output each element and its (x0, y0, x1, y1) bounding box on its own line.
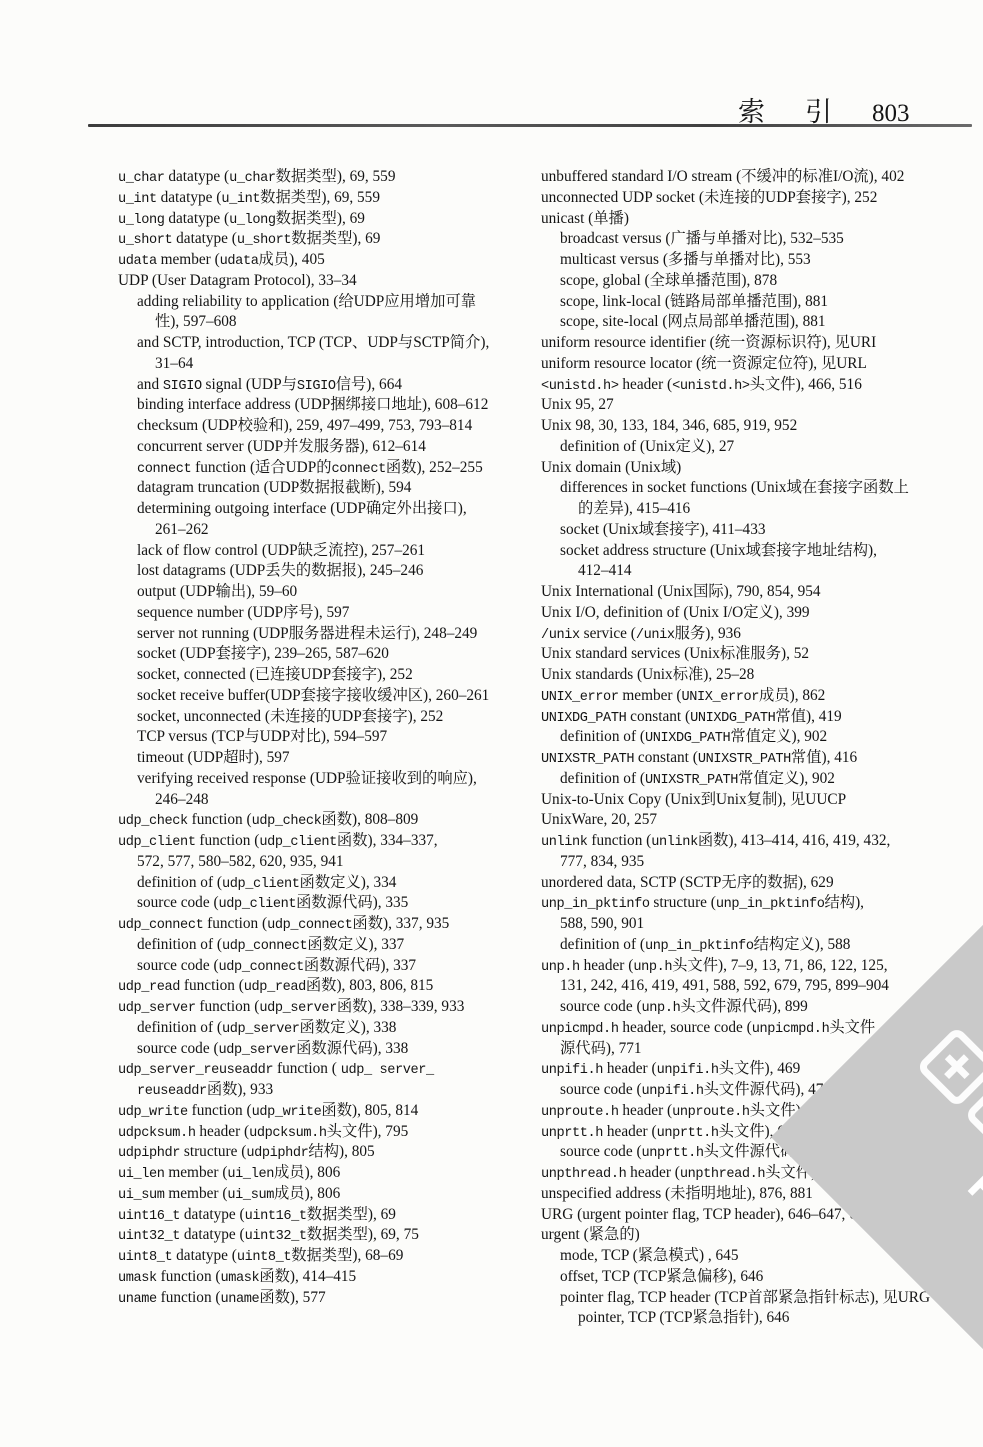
entry-code-text: uint8_t (237, 1250, 291, 1265)
index-entry-line: datagram truncation (UDP数据报截断), 594 (118, 478, 509, 499)
entry-text: definition of ( (137, 874, 222, 891)
entry-code-text: SIGIO (297, 379, 336, 394)
entry-code-text: unpifi.h (642, 1084, 704, 1099)
entry-text: 函数), 933 (207, 1081, 273, 1098)
entry-code-text: UNIXDG_PATH (690, 711, 775, 726)
entry-text: header ( (619, 376, 673, 393)
entry-code-text: udp_check (118, 814, 188, 829)
entry-text: 成员), 806 (274, 1164, 340, 1181)
entry-text: 函数定义), 334 (300, 874, 397, 891)
index-entry-line: definition of (udp_client函数定义), 334 (118, 873, 509, 894)
entry-text: output (UDP输出), 59–60 (137, 583, 297, 600)
entry-text: definition of ( (560, 936, 645, 953)
index-entry-line: unp_in_pktinfo structure (unp_in_pktinfo… (541, 893, 932, 914)
entry-code-text: udp_client (118, 835, 196, 850)
entry-text: 函数), 337, 935 (352, 915, 449, 932)
entry-text: server not running (UDP服务器进程未运行), 248–24… (137, 625, 477, 642)
entry-code-text: u_char (118, 171, 165, 186)
index-entry-line: uname function (uname函数), 577 (118, 1288, 509, 1309)
index-entry-line: concurrent server (UDP并发服务器), 612–614 (118, 437, 509, 458)
entry-text: 信号), 664 (336, 376, 402, 393)
entry-text: header ( (603, 1123, 657, 1140)
entry-code-text: uint16_t (245, 1209, 307, 1224)
entry-text: Unix-to-Unix Copy (Unix到Unix复制), 见UUCP (541, 791, 846, 808)
index-entry-line: source code (udp_client函数源代码), 335 (118, 893, 509, 914)
entry-code-text: /unix (636, 628, 675, 643)
entry-code-text: udp_server (219, 1043, 297, 1058)
entry-text: scope, link-local (链路局部单播范围), 881 (560, 293, 828, 310)
entry-code-text: udata (118, 254, 157, 269)
index-entry-line: TCP versus (TCP与UDP对比), 594–597 (118, 727, 509, 748)
entry-text: 函数定义), 338 (300, 1019, 397, 1036)
index-entry-line: source code (unp.h头文件源代码), 899 (541, 997, 932, 1018)
index-entry-line: 777, 834, 935 (541, 852, 932, 873)
entry-text: 数据类型), 69 (307, 1206, 396, 1223)
entry-text: 源代码), 771 (560, 1040, 642, 1057)
entry-text: urgent (紧急的) (541, 1226, 640, 1243)
entry-text: socket address structure (Unix域套接字地址结构), (560, 542, 877, 559)
index-entry-line: timeout (UDP超时), 597 (118, 748, 509, 769)
index-entry-line: udp_client function (udp_client函数), 334–… (118, 831, 509, 852)
entry-text: Unix 98, 30, 133, 184, 346, 685, 919, 95… (541, 417, 797, 434)
entry-text: and (137, 376, 163, 393)
entry-text: socket (UDP套接字), 239–265, 587–620 (137, 645, 389, 662)
index-entry-line: uniform resource identifier (统一资源标识符), 见… (541, 333, 932, 354)
index-entry-line: connect function (适合UDP的connect函数), 252–… (118, 458, 509, 479)
index-entry-line: and SCTP, introduction, TCP (TCP、UDP与SCT… (118, 333, 509, 354)
entry-text: structure ( (180, 1143, 246, 1160)
entry-text: unbuffered standard I/O stream (不缓冲的标准I/… (541, 168, 904, 185)
entry-text: function ( (157, 1289, 221, 1306)
entry-text: 函数定义), 337 (307, 936, 404, 953)
entry-text: scope, site-local (网点局部单播范围), 881 (560, 313, 826, 330)
index-entry-line: differences in socket functions (Unix域在套… (541, 478, 932, 499)
index-entry-line: uint8_t datatype (uint8_t数据类型), 68–69 (118, 1246, 509, 1267)
entry-text: Unix International (Unix国际), 790, 854, 9… (541, 583, 821, 600)
entry-text: 数据类型), 69, 559 (260, 189, 380, 206)
entry-text: 头文件), 795 (327, 1123, 409, 1140)
index-entry-line: sequence number (UDP序号), 597 (118, 603, 509, 624)
seal-glyphs-decoration (916, 1026, 983, 1204)
entry-code-text: UNIX_error (681, 690, 759, 705)
index-entry-line: uint16_t datatype (uint16_t数据类型), 69 (118, 1205, 509, 1226)
entry-code-text: udp_read (244, 980, 306, 995)
entry-text: source code ( (560, 1143, 642, 1160)
entry-code-text: ui_sum (118, 1188, 165, 1203)
entry-code-text: unprtt.h (657, 1126, 719, 1141)
entry-code-text: u_short (237, 233, 291, 248)
entry-code-text: SIGIO (163, 379, 202, 394)
entry-code-text: ui_sum (227, 1188, 274, 1203)
entry-text: uniform resource locator (统一资源定位符), 见URL (541, 355, 867, 372)
entry-text: header ( (196, 1123, 250, 1140)
entry-text: member ( (157, 251, 220, 268)
entry-text: datatype ( (172, 1247, 237, 1264)
entry-code-text: UNIXSTR_PATH (698, 752, 791, 767)
entry-text: datatype ( (180, 1206, 245, 1223)
index-entry-line: checksum (UDP校验和), 259, 497–499, 753, 79… (118, 416, 509, 437)
entry-code-text: udp_connect (219, 960, 304, 975)
entry-text: member ( (165, 1185, 228, 1202)
entry-text: TCP versus (TCP与UDP对比), 594–597 (137, 728, 387, 745)
entry-text: 的差异), 415–416 (578, 500, 690, 517)
entry-text: Unix I/O, definition of (Unix I/O定义), 39… (541, 604, 810, 621)
entry-text: 常值定义), 902 (738, 770, 835, 787)
entry-text: unordered data, SCTP (SCTP无序的数据), 629 (541, 874, 834, 891)
entry-code-text: udp_client (222, 877, 300, 892)
entry-text: 常值), 419 (775, 708, 841, 725)
entry-text: 246–248 (155, 791, 209, 808)
entry-code-text: unpthread.h (680, 1167, 765, 1182)
entry-code-text: uint16_t (118, 1209, 180, 1224)
entry-text: 函数), 252–255 (386, 459, 483, 476)
index-entry-line: 31–64 (118, 354, 509, 375)
index-entry-line: Unix International (Unix国际), 790, 854, 9… (541, 582, 932, 603)
entry-code-text: UNIXSTR_PATH (645, 773, 738, 788)
entry-code-text: unproute.h (672, 1105, 750, 1120)
entry-code-text: uint32_t (118, 1229, 180, 1244)
entry-code-text: unprtt.h (541, 1126, 603, 1141)
entry-code-text: unp_in_pktinfo (645, 939, 754, 954)
entry-code-text: reuseaddr (137, 1084, 207, 1099)
index-entry-line: unicast (单播) (541, 209, 932, 230)
index-entry-line: scope, site-local (网点局部单播范围), 881 (541, 312, 932, 333)
entry-text: header ( (580, 957, 634, 974)
entry-text: 数据类型), 69, 559 (276, 168, 396, 185)
entry-text: definition of (Unix定义), 27 (560, 438, 734, 455)
entry-code-text: unp.h (633, 960, 672, 975)
index-entry-line: definition of (UNIXDG_PATH常值定义), 902 (541, 727, 932, 748)
entry-text: 头文件 (829, 1019, 875, 1036)
entry-text: Unix standards (Unix标准), 25–28 (541, 666, 754, 683)
entry-code-text: udp_client (219, 897, 297, 912)
entry-code-text: /unix (541, 628, 580, 643)
entry-text: header ( (603, 1060, 657, 1077)
entry-text: uniform resource identifier (统一资源标识符), 见… (541, 334, 876, 351)
index-entry-line: Unix-to-Unix Copy (Unix到Unix复制), 见UUCP (541, 790, 932, 811)
entry-text: UnixWare, 20, 257 (541, 811, 657, 828)
entry-text: 31–64 (155, 355, 193, 372)
entry-text: 服务), 936 (675, 625, 741, 642)
index-entry-line: 131, 242, 416, 419, 491, 588, 592, 679, … (541, 976, 932, 997)
index-entry-line: pointer flag, TCP header (TCP首部紧急指针标志), … (541, 1288, 932, 1309)
entry-code-text: unp.h (541, 960, 580, 975)
entry-text: 成员), 405 (258, 251, 324, 268)
entry-code-text: UNIXSTR_PATH (541, 752, 634, 767)
entry-code-text: connect (332, 462, 386, 477)
entry-text: function ( (273, 1060, 341, 1077)
entry-code-text: udp_client (259, 835, 337, 850)
entry-text: unspecified address (未指明地址), 876, 881 (541, 1185, 813, 1202)
index-entry-line: socket (UDP套接字), 239–265, 587–620 (118, 644, 509, 665)
entry-text: function ( (196, 998, 260, 1015)
entry-text: mode, TCP (紧急模式) , 645 (560, 1247, 738, 1264)
entry-text: 572, 577, 580–582, 620, 935, 941 (137, 853, 344, 870)
index-entry-line: socket, connected (已连接UDP套接字), 252 (118, 665, 509, 686)
entry-text: Unix 95, 27 (541, 396, 614, 413)
entry-text: 常值定义), 902 (730, 728, 827, 745)
entry-text: 函数源代码), 337 (304, 957, 416, 974)
entry-code-text: <unistd.h> (541, 379, 619, 394)
entry-text: 588, 590, 901 (560, 915, 644, 932)
entry-text: binding interface address (UDP捆绑接口地址), 6… (137, 396, 488, 413)
entry-text: 函数), 338–339, 933 (337, 998, 464, 1015)
index-entry-line: unbuffered standard I/O stream (不缓冲的标准I/… (541, 167, 932, 188)
entry-text: service ( (580, 625, 636, 642)
entry-text: function (适合UDP的 (191, 459, 331, 476)
entry-code-text: udp_write (252, 1105, 322, 1120)
entry-code-text: udp_server (118, 1001, 196, 1016)
entry-code-text: udp_ server_ (341, 1063, 434, 1078)
entry-text: broadcast versus (广播与单播对比), 532–535 (560, 230, 844, 247)
entry-text: datatype ( (165, 168, 230, 185)
index-entry-line: socket receive buffer(UDP套接字接收缓冲区), 260–… (118, 686, 509, 707)
entry-text: adding reliability to application (给UDP应… (137, 293, 476, 310)
entry-text: 常值), 416 (791, 749, 857, 766)
entry-text: datatype ( (165, 210, 230, 227)
index-entry-line: UNIX_error member (UNIX_error成员), 862 (541, 686, 932, 707)
entry-text: datatype ( (157, 189, 222, 206)
entry-text: definition of ( (137, 936, 222, 953)
index-entry-line: udp_write function (udp_write函数), 805, 8… (118, 1101, 509, 1122)
watermark-pdg-label: PDG (958, 1158, 983, 1275)
index-entry-line: unordered data, SCTP (SCTP无序的数据), 629 (541, 873, 932, 894)
entry-text: differences in socket functions (Unix域在套… (560, 479, 909, 496)
entry-code-text: unp_in_pktinfo (716, 897, 825, 912)
entry-code-text: unpifi.h (541, 1063, 603, 1078)
entry-text: function ( (196, 832, 260, 849)
entry-text: definition of ( (560, 728, 645, 745)
index-entry-line: lost datagrams (UDP丢失的数据报), 245–246 (118, 561, 509, 582)
entry-code-text: udpcksum.h (118, 1126, 196, 1141)
index-entry-line: udp_server_reuseaddr function ( udp_ ser… (118, 1059, 509, 1080)
entry-code-text: udpiphdr (118, 1146, 180, 1161)
index-entry-line: 性), 597–608 (118, 312, 509, 333)
entry-text: checksum (UDP校验和), 259, 497–499, 753, 79… (137, 417, 472, 434)
entry-text: source code ( (137, 1040, 219, 1057)
entry-text: UDP (User Datagram Protocol), 33–34 (118, 272, 357, 289)
index-entry-line: UNIXSTR_PATH constant (UNIXSTR_PATH常值), … (541, 748, 932, 769)
entry-text: header ( (619, 1102, 673, 1119)
index-entry-line: reuseaddr函数), 933 (118, 1080, 509, 1101)
index-entry-line: and SIGIO signal (UDP与SIGIO信号), 664 (118, 375, 509, 396)
entry-code-text: udpiphdr (246, 1146, 308, 1161)
index-entry-line: uint32_t datatype (uint32_t数据类型), 69, 75 (118, 1225, 509, 1246)
entry-code-text: unlink (541, 835, 588, 850)
entry-text: function ( (180, 977, 244, 994)
entry-text: socket, unconnected (未连接的UDP套接字), 252 (137, 708, 443, 725)
index-column-left: u_char datatype (u_char数据类型), 69, 559u_i… (118, 167, 509, 1329)
entry-code-text: u_char (229, 171, 276, 186)
entry-code-text: udp_read (118, 980, 180, 995)
entry-code-text: udp_server_reuseaddr (118, 1063, 273, 1078)
entry-text: datagram truncation (UDP数据报截断), 594 (137, 479, 411, 496)
entry-code-text: umask (221, 1271, 260, 1286)
entry-code-text: u_long (118, 213, 165, 228)
entry-text: URG (urgent pointer flag, TCP header), 6… (541, 1206, 872, 1223)
index-entry-line: 588, 590, 901 (541, 914, 932, 935)
entry-text: function ( (188, 811, 252, 828)
entry-text: 数据类型), 68–69 (291, 1247, 403, 1264)
index-entry-line: u_long datatype (u_long数据类型), 69 (118, 209, 509, 230)
index-entry-line: definition of (Unix定义), 27 (541, 437, 932, 458)
index-entry-line: unconnected UDP socket (未连接的UDP套接字), 252 (541, 188, 932, 209)
entry-text: function ( (203, 915, 267, 932)
entry-text: 函数), 577 (259, 1289, 325, 1306)
entry-text: 头文件), 7–9, 13, 71, 86, 122, 125, (672, 957, 887, 974)
index-entry-line: /unix service (/unix服务), 936 (541, 624, 932, 645)
entry-text: 数据类型), 69 (276, 210, 365, 227)
entry-text: source code ( (137, 894, 219, 911)
index-entry-line: u_char datatype (u_char数据类型), 69, 559 (118, 167, 509, 188)
index-entry-line: lack of flow control (UDP缺乏流控), 257–261 (118, 541, 509, 562)
entry-text: header, source code ( (619, 1019, 752, 1036)
entry-text: and SCTP, introduction, TCP (TCP、UDP与SCT… (137, 334, 489, 351)
index-entry-line: pointer, TCP (TCP紧急指针), 646 (541, 1308, 932, 1329)
entry-text: socket receive buffer(UDP套接字接收缓冲区), 260–… (137, 687, 489, 704)
index-entry-line: multicast versus (多播与单播对比), 553 (541, 250, 932, 271)
entry-text: 412–414 (578, 562, 632, 579)
entry-code-text: udp_server (222, 1022, 300, 1037)
index-entry-line: Unix I/O, definition of (Unix I/O定义), 39… (541, 603, 932, 624)
entry-text: 函数), 334–337, (337, 832, 438, 849)
entry-code-text: udp_check (252, 814, 322, 829)
entry-text: lack of flow control (UDP缺乏流控), 257–261 (137, 542, 425, 559)
entry-text: 函数), 803, 806, 815 (306, 977, 433, 994)
entry-code-text: UNIXDG_PATH (645, 731, 730, 746)
index-entry-line: 572, 577, 580–582, 620, 935, 941 (118, 852, 509, 873)
entry-text: 261–262 (155, 521, 209, 538)
entry-code-text: unlink (651, 835, 698, 850)
entry-text: scope, global (全球单播范围), 878 (560, 272, 777, 289)
entry-text: Unix standard services (Unix标准服务), 52 (541, 645, 809, 662)
entry-code-text: u_int (118, 192, 157, 207)
entry-code-text: unproute.h (541, 1105, 619, 1120)
entry-text: multicast versus (多播与单播对比), 553 (560, 251, 811, 268)
entry-text: sequence number (UDP序号), 597 (137, 604, 349, 621)
index-entry-line: 261–262 (118, 520, 509, 541)
index-entry-line: udp_check function (udp_check函数), 808–80… (118, 810, 509, 831)
entry-text: 头文件源代码), 899 (680, 998, 807, 1015)
entry-text: 函数源代码), 338 (296, 1040, 408, 1057)
index-entry-line: definition of (udp_server函数定义), 338 (118, 1018, 509, 1039)
entry-text: datatype ( (172, 230, 237, 247)
index-entry-line: udp_server function (udp_server函数), 338–… (118, 997, 509, 1018)
entry-code-text: udp_connect (118, 918, 203, 933)
entry-code-text: uname (221, 1292, 260, 1307)
entry-code-text: unpthread.h (541, 1167, 626, 1182)
index-entry-line: broadcast versus (广播与单播对比), 532–535 (541, 229, 932, 250)
index-entry-line: UnixWare, 20, 257 (541, 810, 932, 831)
entry-text: datatype ( (180, 1226, 245, 1243)
index-entry-line: scope, global (全球单播范围), 878 (541, 271, 932, 292)
entry-text: 131, 242, 416, 419, 491, 588, 592, 679, … (560, 977, 889, 994)
index-entry-line: definition of (unp_in_pktinfo结构定义), 588 (541, 935, 932, 956)
header-rule (88, 124, 972, 127)
index-entry-line: udpiphdr structure (udpiphdr结构), 805 (118, 1142, 509, 1163)
index-entry-line: Unix standard services (Unix标准服务), 52 (541, 644, 932, 665)
seal-glyph-icon (916, 1026, 983, 1108)
entry-text: source code ( (137, 957, 219, 974)
index-entry-line: Unix domain (Unix域) (541, 458, 932, 479)
entry-code-text: umask (118, 1271, 157, 1286)
index-entry-line: u_int datatype (u_int数据类型), 69, 559 (118, 188, 509, 209)
index-entry-line: determining outgoing interface (UDP确定外出接… (118, 499, 509, 520)
entry-code-text: ui_len (227, 1167, 274, 1182)
entry-code-text: udpcksum.h (249, 1126, 327, 1141)
entry-text: function ( (188, 1102, 252, 1119)
index-entry-line: udp_read function (udp_read函数), 803, 806… (118, 976, 509, 997)
entry-text: member ( (619, 687, 682, 704)
entry-text: header ( (626, 1164, 680, 1181)
entry-code-text: u_int (221, 192, 260, 207)
index-entry-line: socket (Unix域套接字), 411–433 (541, 520, 932, 541)
entry-text: definition of ( (560, 770, 645, 787)
entry-code-text: connect (137, 462, 191, 477)
index-entry-line: udata member (udata成员), 405 (118, 250, 509, 271)
entry-code-text: unprtt.h (642, 1146, 704, 1161)
index-entry-line: Unix standards (Unix标准), 25–28 (541, 665, 932, 686)
entry-text: socket (Unix域套接字), 411–433 (560, 521, 766, 538)
index-entry-line: udp_connect function (udp_connect函数), 33… (118, 914, 509, 935)
entry-text: 结构), 805 (308, 1143, 374, 1160)
index-entry-line: unp.h header (unp.h头文件), 7–9, 13, 71, 86… (541, 956, 932, 977)
entry-text: source code ( (560, 998, 642, 1015)
entry-text: pointer, TCP (TCP紧急指针), 646 (578, 1309, 789, 1326)
index-entry-line: UNIXDG_PATH constant (UNIXDG_PATH常值), 41… (541, 707, 932, 728)
index-entry-line: verifying received response (UDP验证接收到的响应… (118, 769, 509, 790)
index-entry-line: source code (udp_server函数源代码), 338 (118, 1039, 509, 1060)
entry-text: 成员), 862 (759, 687, 825, 704)
entry-text: pointer flag, TCP header (TCP首部紧急指针标志), … (560, 1289, 930, 1306)
index-entry-line: offset, TCP (TCP紧急偏移), 646 (541, 1267, 932, 1288)
entry-text: 函数源代码), 335 (296, 894, 408, 911)
index-entry-line: definition of (UNIXSTR_PATH常值定义), 902 (541, 769, 932, 790)
index-entry-line: Unix 98, 30, 133, 184, 346, 685, 919, 95… (541, 416, 932, 437)
entry-text: function ( (588, 832, 652, 849)
entry-text: member ( (165, 1164, 228, 1181)
entry-text: timeout (UDP超时), 597 (137, 749, 290, 766)
entry-text: verifying received response (UDP验证接收到的响应… (137, 770, 477, 787)
entry-code-text: u_long (229, 213, 276, 228)
entry-text: 数据类型), 69 (291, 230, 380, 247)
index-entry-line: UDP (User Datagram Protocol), 33–34 (118, 271, 509, 292)
entry-code-text: UNIXDG_PATH (541, 711, 626, 726)
entry-code-text: unpifi.h (657, 1063, 719, 1078)
entry-code-text: udata (220, 254, 259, 269)
index-entry-line: source code (udp_connect函数源代码), 337 (118, 956, 509, 977)
index-entry-line: umask function (umask函数), 414–415 (118, 1267, 509, 1288)
index-entry-line: socket address structure (Unix域套接字地址结构), (541, 541, 932, 562)
index-entry-line: udpcksum.h header (udpcksum.h头文件), 795 (118, 1122, 509, 1143)
entry-code-text: uint8_t (118, 1250, 172, 1265)
entry-text: definition of ( (137, 1019, 222, 1036)
entry-text: socket, connected (已连接UDP套接字), 252 (137, 666, 413, 683)
index-entry-line: u_short datatype (u_short数据类型), 69 (118, 229, 509, 250)
entry-text: 性), 597–608 (155, 313, 237, 330)
entry-text: 函数), 808–809 (321, 811, 418, 828)
index-entry-line: Unix 95, 27 (541, 395, 932, 416)
entry-text: structure ( (650, 894, 716, 911)
index-entry-line: 412–414 (541, 561, 932, 582)
index-entry-line: <unistd.h> header (<unistd.h>头文件), 466, … (541, 375, 932, 396)
entry-text: 函数), 414–415 (259, 1268, 356, 1285)
entry-code-text: unpicmpd.h (752, 1022, 830, 1037)
entry-code-text: udp_connect (267, 918, 352, 933)
index-entry-line: 246–248 (118, 790, 509, 811)
entry-code-text: ui_len (118, 1167, 165, 1182)
entry-text: constant ( (634, 749, 698, 766)
